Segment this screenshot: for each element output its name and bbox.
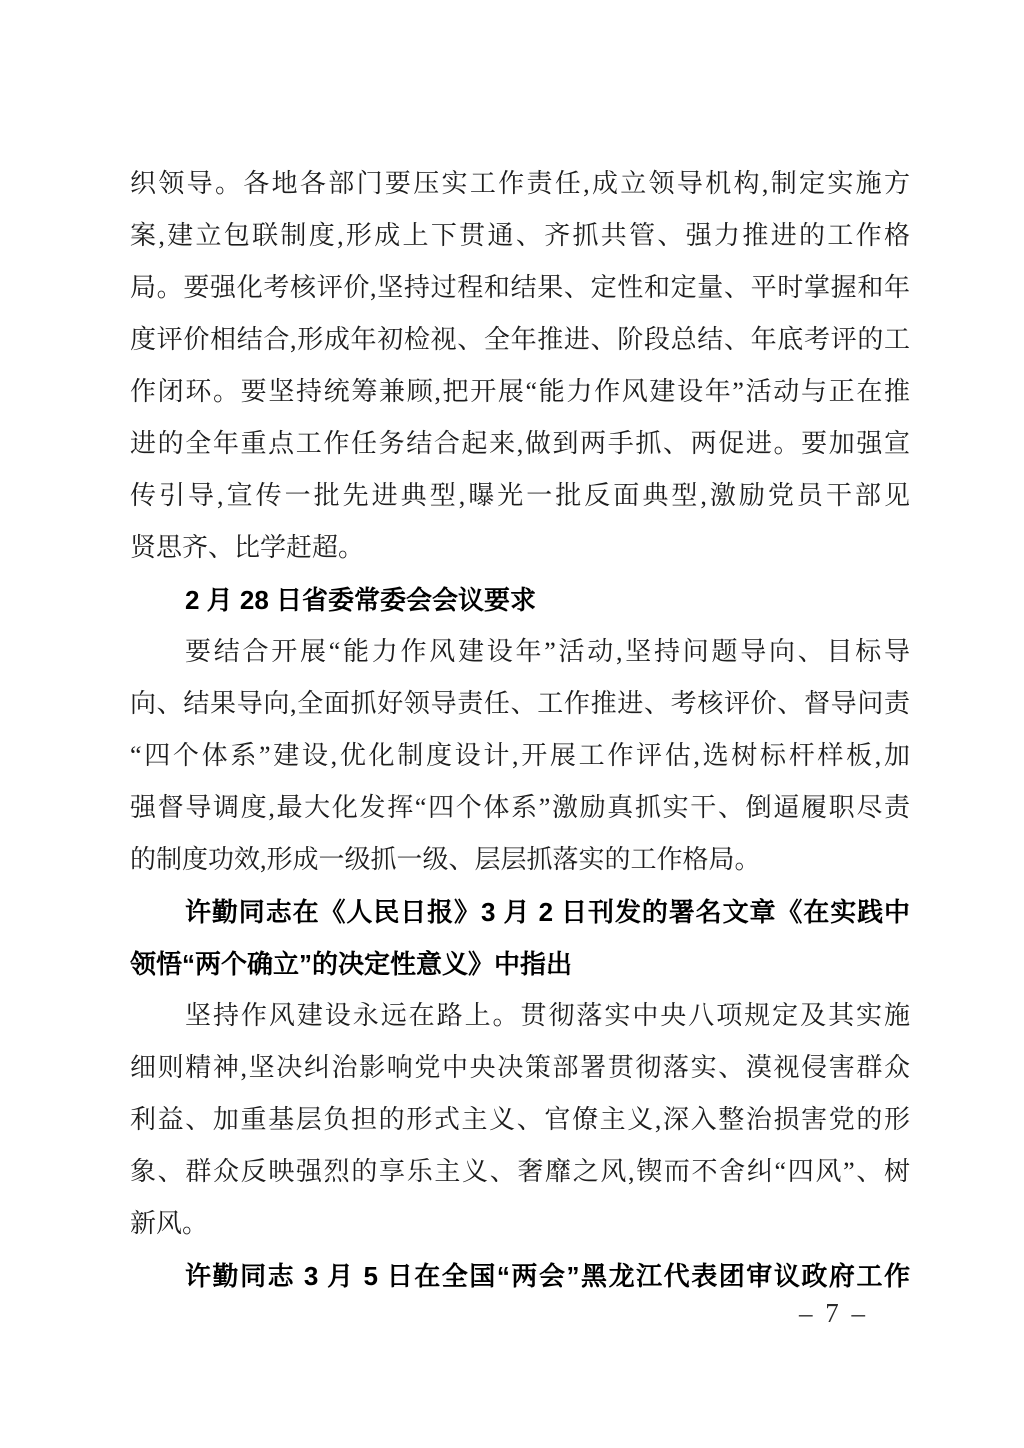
paragraph-line: 细则精神,坚决纠治影响党中央决策部署贯彻落实、漠视侵害群众 <box>130 1042 910 1094</box>
paragraph-line: 局。要强化考核评价,坚持过程和结果、定性和定量、平时掌握和年 <box>130 262 910 314</box>
document-page: 织领导。各地各部门要压实工作责任,成立领导机构,制定实施方案,建立包联制度,形成… <box>0 0 1024 1448</box>
paragraph-line: 织领导。各地各部门要压实工作责任,成立领导机构,制定实施方 <box>130 158 910 210</box>
heading-line: 许勤同志在《人民日报》3 月 2 日刊发的署名文章《在实践中 <box>130 886 910 938</box>
heading-line: 2 月 28 日省委常委会会议要求 <box>130 574 910 626</box>
paragraph-line: 坚持作风建设永远在路上。贯彻落实中央八项规定及其实施 <box>130 990 910 1042</box>
paragraph-line: 向、结果导向,全面抓好领导责任、工作推进、考核评价、督导问责 <box>130 678 910 730</box>
paragraph-line: 要结合开展“能力作风建设年”活动,坚持问题导向、目标导 <box>130 626 910 678</box>
paragraph-line: 案,建立包联制度,形成上下贯通、齐抓共管、强力推进的工作格 <box>130 210 910 262</box>
paragraph-line: 利益、加重基层负担的形式主义、官僚主义,深入整治损害党的形 <box>130 1094 910 1146</box>
paragraph-line: 强督导调度,最大化发挥“四个体系”激励真抓实干、倒逼履职尽责 <box>130 782 910 834</box>
paragraph-line: 新风。 <box>130 1198 910 1250</box>
paragraph-line: “四个体系”建设,优化制度设计,开展工作评估,选树标杆样板,加 <box>130 730 910 782</box>
heading-block: 许勤同志 3 月 5 日在全国“两会”黑龙江代表团审议政府工作 <box>130 1250 910 1302</box>
paragraph-line: 作闭环。要坚持统筹兼顾,把开展“能力作风建设年”活动与正在推 <box>130 366 910 418</box>
paragraph-block: 织领导。各地各部门要压实工作责任,成立领导机构,制定实施方案,建立包联制度,形成… <box>130 158 910 574</box>
heading-line: 领悟“两个确立”的决定性意义》中指出 <box>130 938 910 990</box>
heading-block: 2 月 28 日省委常委会会议要求 <box>130 574 910 626</box>
heading-line: 许勤同志 3 月 5 日在全国“两会”黑龙江代表团审议政府工作 <box>130 1250 910 1302</box>
document-body: 织领导。各地各部门要压实工作责任,成立领导机构,制定实施方案,建立包联制度,形成… <box>130 158 910 1302</box>
paragraph-line: 贤思齐、比学赶超。 <box>130 522 910 574</box>
heading-block: 许勤同志在《人民日报》3 月 2 日刊发的署名文章《在实践中领悟“两个确立”的决… <box>130 886 910 990</box>
paragraph-block: 要结合开展“能力作风建设年”活动,坚持问题导向、目标导向、结果导向,全面抓好领导… <box>130 626 910 886</box>
paragraph-line: 进的全年重点工作任务结合起来,做到两手抓、两促进。要加强宣 <box>130 418 910 470</box>
paragraph-line: 度评价相结合,形成年初检视、全年推进、阶段总结、年底考评的工 <box>130 314 910 366</box>
page-number: – 7 – <box>799 1293 868 1333</box>
paragraph-line: 的制度功效,形成一级抓一级、层层抓落实的工作格局。 <box>130 834 910 886</box>
paragraph-block: 坚持作风建设永远在路上。贯彻落实中央八项规定及其实施细则精神,坚决纠治影响党中央… <box>130 990 910 1250</box>
paragraph-line: 传引导,宣传一批先进典型,曝光一批反面典型,激励党员干部见 <box>130 470 910 522</box>
paragraph-line: 象、群众反映强烈的享乐主义、奢靡之风,锲而不舍纠“四风”、树 <box>130 1146 910 1198</box>
